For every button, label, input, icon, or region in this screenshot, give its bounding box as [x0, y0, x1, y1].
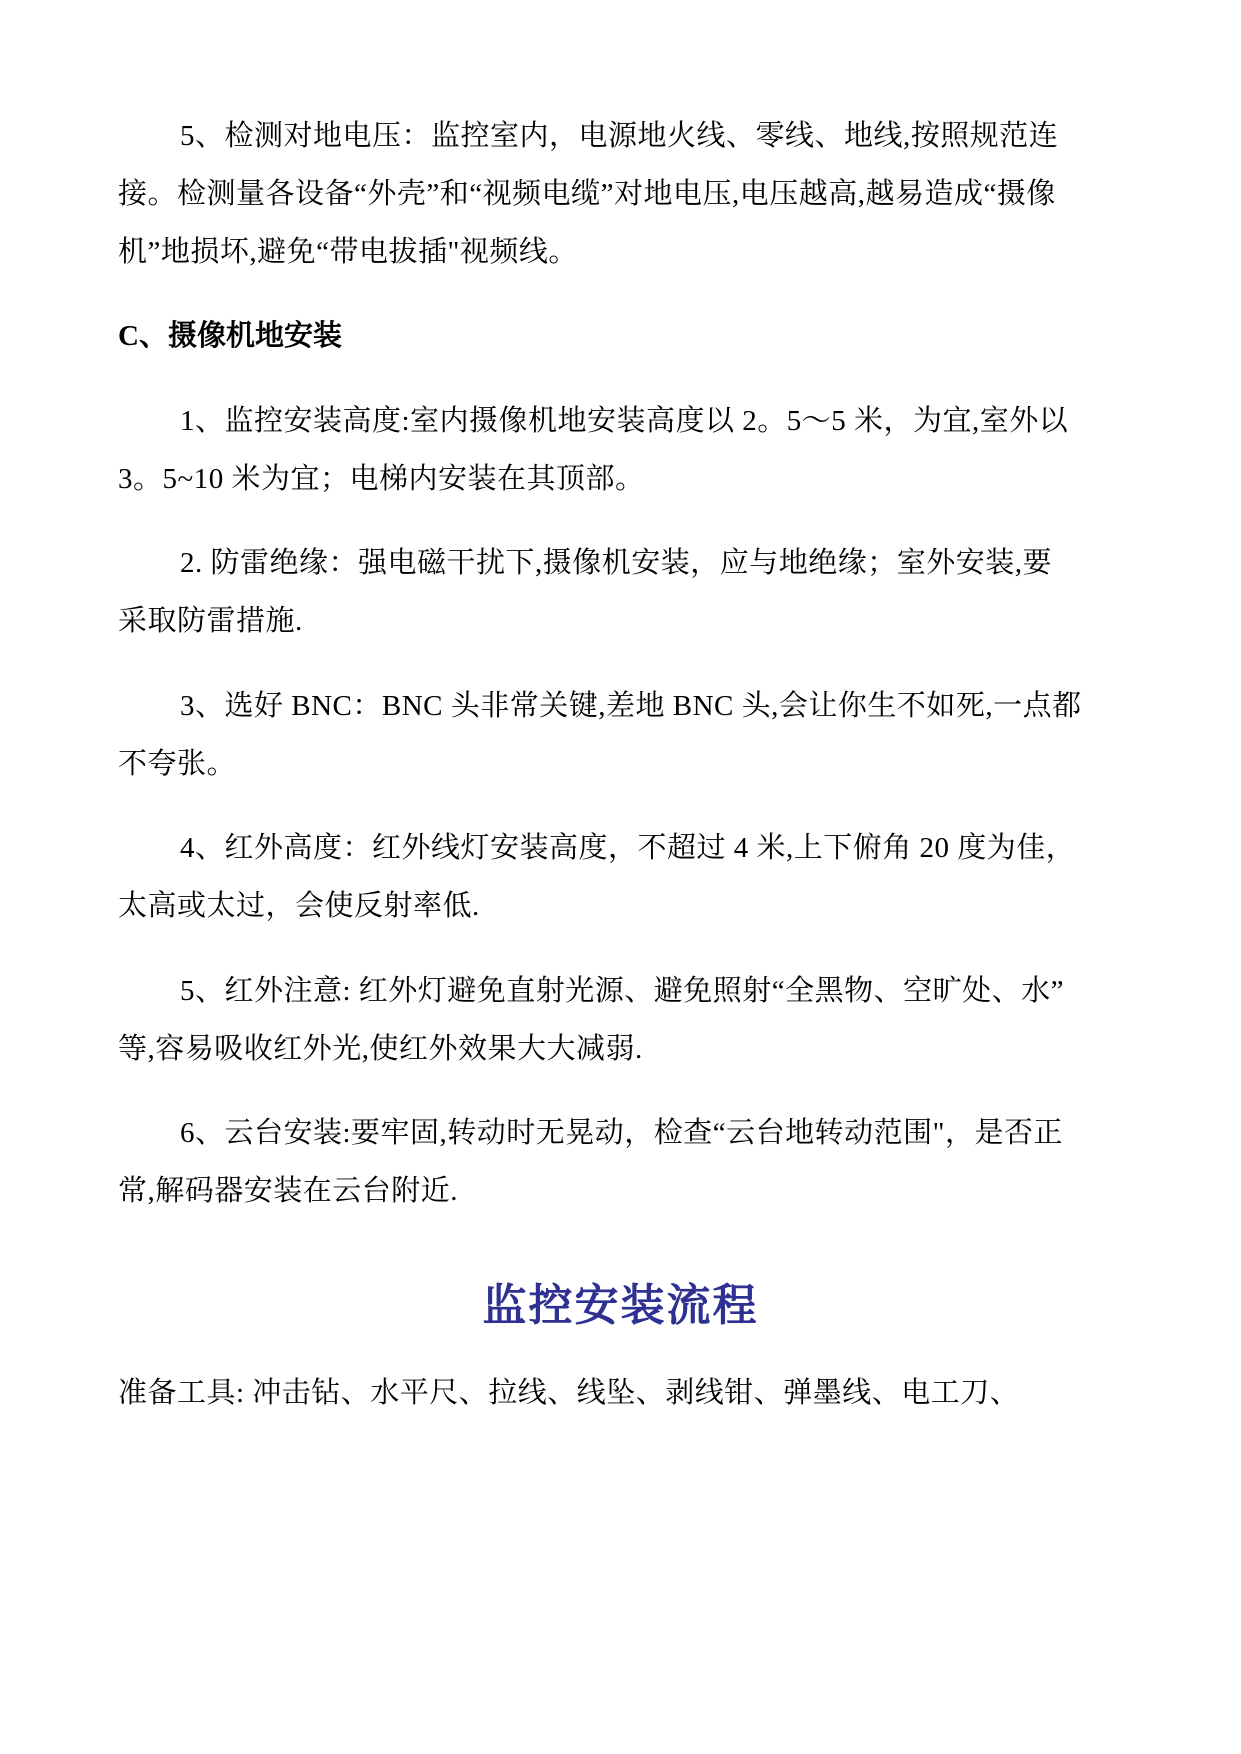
paragraph-line: 准备工具: 冲击钻、水平尺、拉线、线坠、剥线钳、弹墨线、电工刀、: [118, 1375, 1128, 1411]
paragraph-line: 4、红外高度：红外线灯安装高度，不超过 4 米,上下俯角 20 度为佳，: [180, 830, 1190, 866]
paragraph-line: 2. 防雷绝缘：强电磁干扰下,摄像机安装，应与地绝缘；室外安装,要: [180, 545, 1190, 581]
paragraph-line: 3。5~10 米为宜；电梯内安装在其顶部。: [118, 461, 1128, 497]
paragraph-line: 等,容易吸收红外光,使红外效果大大减弱.: [118, 1031, 1128, 1067]
document-title: 监控安装流程: [0, 1278, 1241, 1334]
section-heading: C、摄像机地安装: [118, 318, 342, 354]
paragraph-line: 1、监控安装高度:室内摄像机地安装高度以 2。5～5 米，为宜,室外以: [180, 403, 1190, 439]
paragraph-line: 太高或太过，会使反射率低.: [118, 888, 1128, 924]
paragraph-line: 不夸张。: [118, 746, 1128, 782]
paragraph-line: 接。检测量各设备“外壳”和“视频电缆”对地电压,电压越高,越易造成“摄像: [118, 176, 1128, 212]
document-page: 5、检测对地电压：监控室内，电源地火线、零线、地线,按照规范连 接。检测量各设备…: [0, 0, 1241, 1754]
paragraph-line: 5、检测对地电压：监控室内，电源地火线、零线、地线,按照规范连: [180, 118, 1190, 154]
paragraph-line: 3、选好 BNC：BNC 头非常关键,差地 BNC 头,会让你生不如死,一点都: [180, 688, 1190, 724]
paragraph-line: 采取防雷措施.: [118, 603, 1128, 639]
paragraph-line: 机”地损坏,避免“带电拔插"视频线。: [118, 234, 1128, 270]
paragraph-line: 6、云台安装:要牢固,转动时无晃动，检查“云台地转动范围"，是否正: [180, 1115, 1190, 1151]
paragraph-line: 常,解码器安装在云台附近.: [118, 1173, 1128, 1209]
paragraph-line: 5、红外注意: 红外灯避免直射光源、避免照射“全黑物、空旷处、水”: [180, 973, 1190, 1009]
